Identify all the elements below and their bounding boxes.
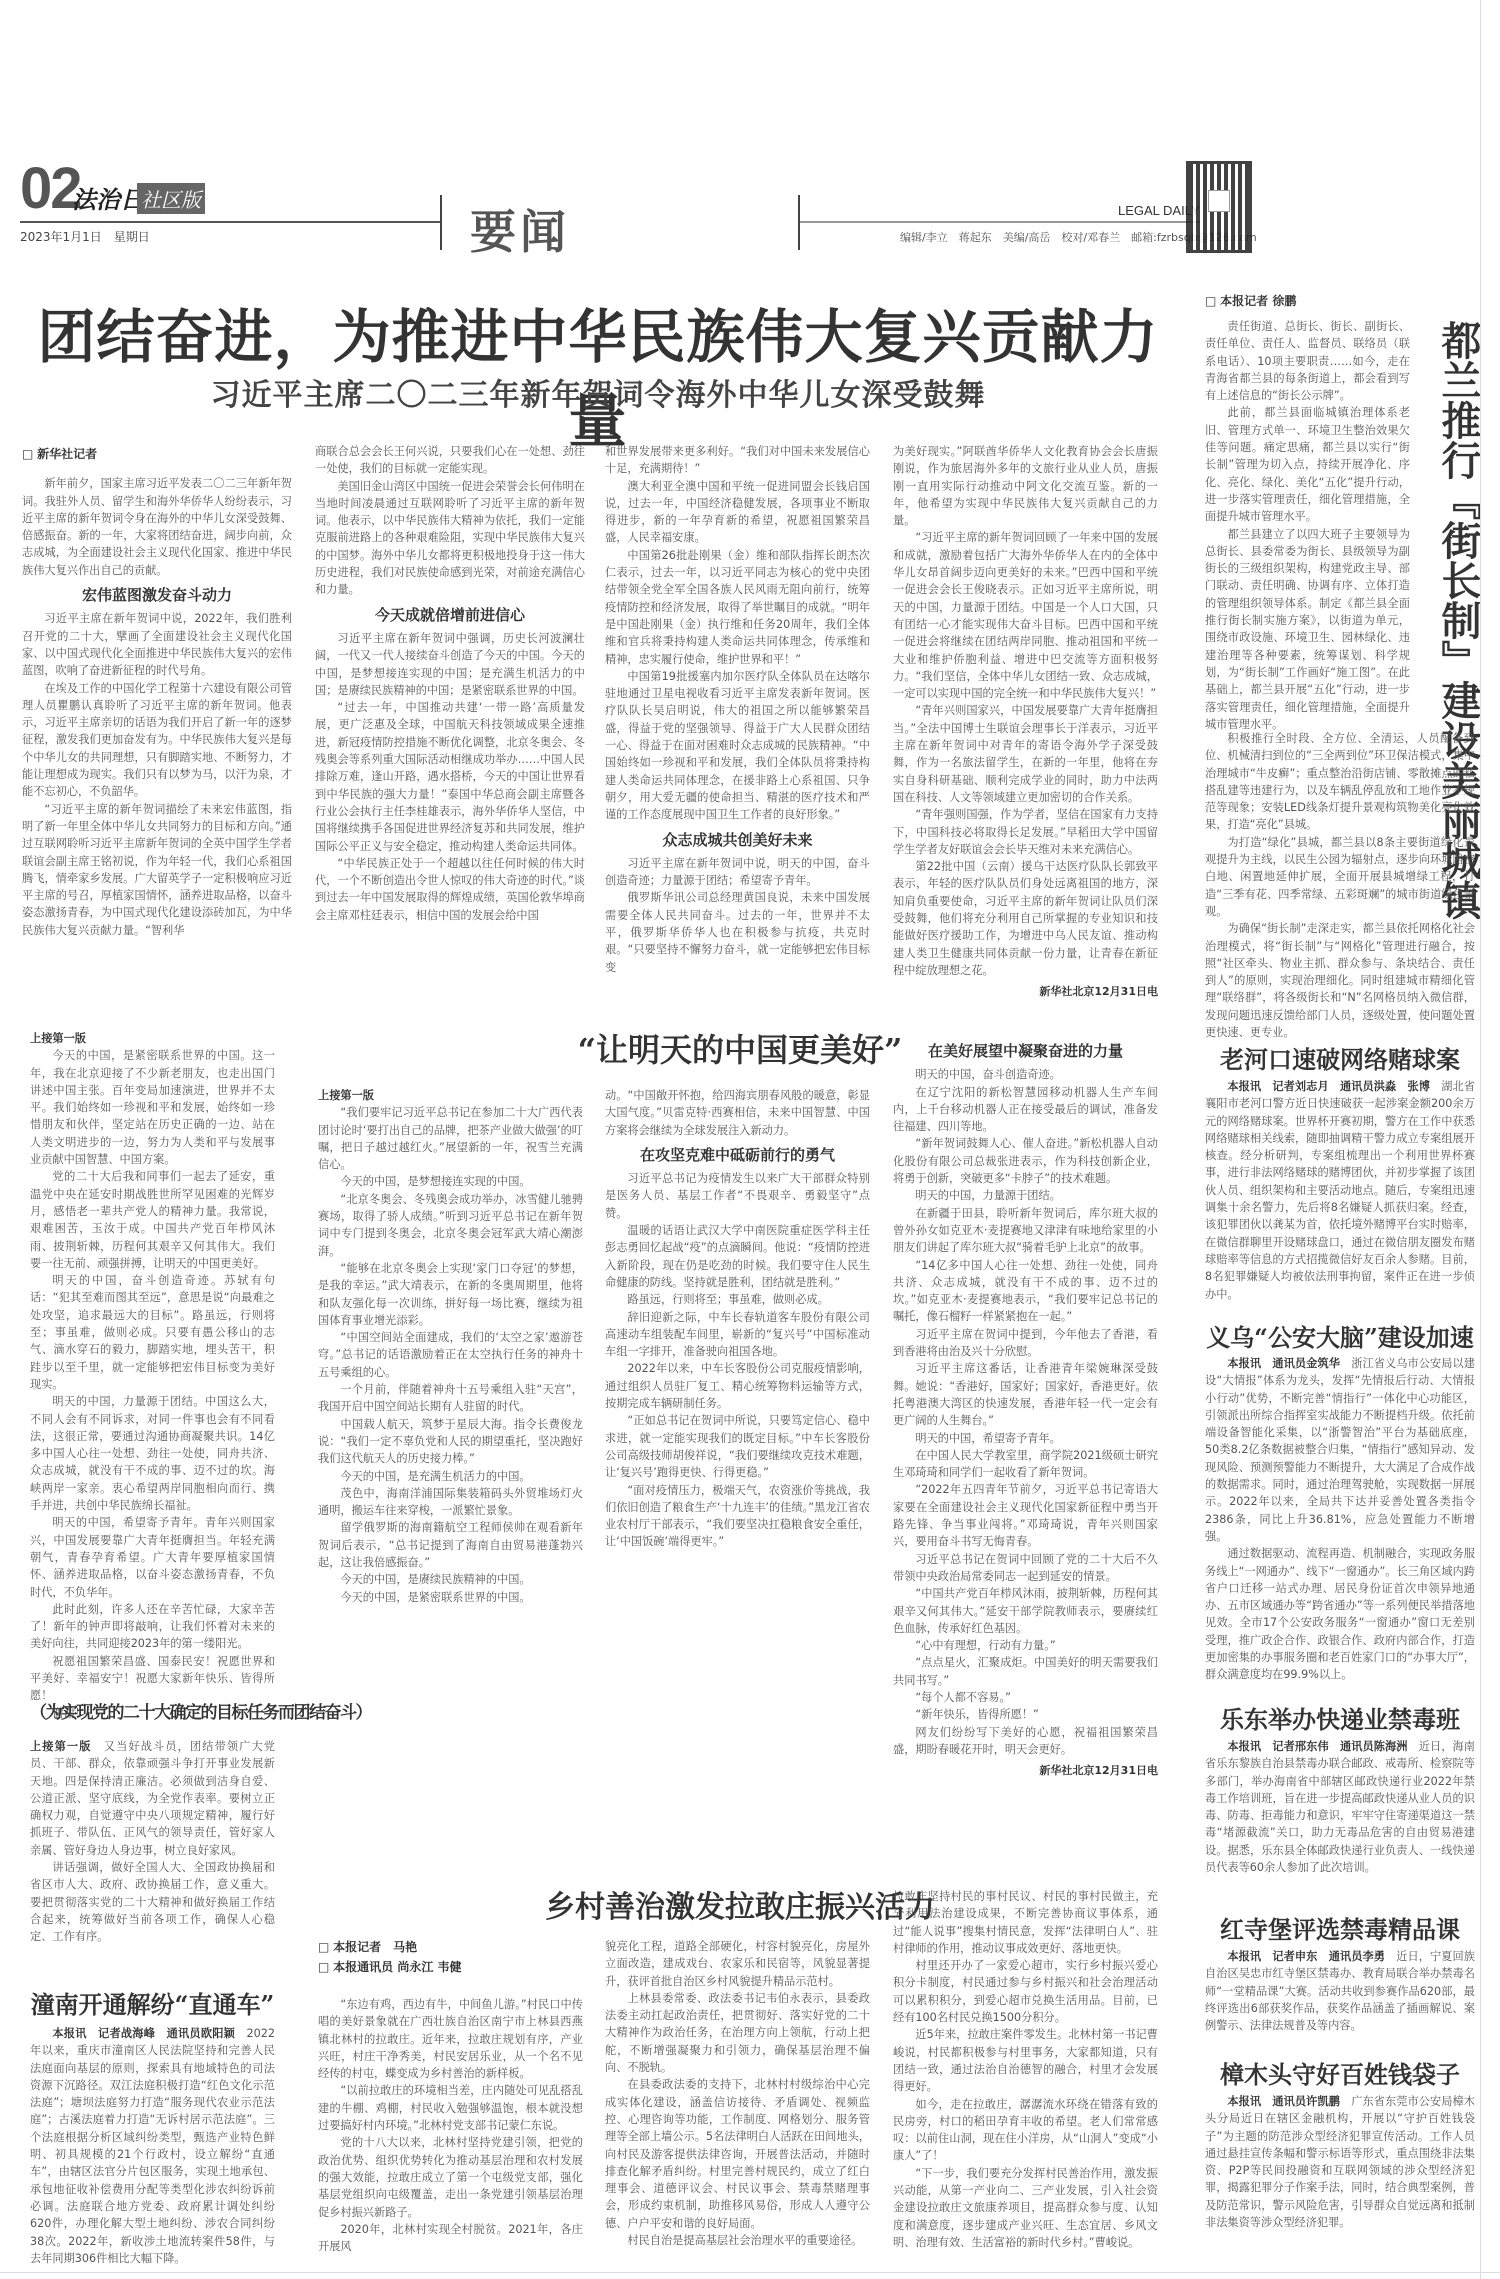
continued-speech: 上接第一版 今天的中国，是紧密联系世界的中国。这一年，我在北京迎接了不少新老朋友… [30, 1030, 275, 1722]
paragraph: 党的二十大后我和同事们一起去了延安，重温党中央在延安时期战胜世所罕见困难的光辉岁… [30, 1168, 275, 1272]
paragraph: “2022年五四青年节前夕，习近平总书记寄语大家要在全面建设社会主义现代化国家新… [893, 1481, 1158, 1550]
paragraph: “习近平主席的新年贺词描绘了未来宏伟蓝图，指明了新一年里全体中华儿女共同努力的目… [22, 801, 292, 939]
paragraph: “习近平主席的新年贺词回顾了一年来中国的发展和成就，激励着包括广大海外华侨华人在… [893, 529, 1158, 702]
brief-headline: 义乌“公安大脑”建设加速 [1205, 1318, 1475, 1353]
paragraph: “以前拉敢庄的环境相当差，庄内随处可见乱搭乱建的牛棚、鸡棚，村民收入勉强够温饱，… [318, 2082, 583, 2134]
brief-laohekou: 本报讯 记者刘志月 通讯员洪淼 张博 湖北省襄阳市老河口警方近日快速破获一起涉案… [1205, 1078, 1475, 1303]
dulan-story: 责任街道、总街长、街长、副街长、责任单位、责任人、监督员、联络员（联系电话）、1… [1205, 318, 1410, 733]
paragraph: 上林县委常委、政法委书记韦伯永表示，县委政法委主动扛起政治责任，把贯彻好、落实好… [605, 1990, 870, 2076]
tongnan-headline: 潼南开通解纷“直通车” [30, 1985, 275, 2020]
paragraph: “点点星火，汇聚成炬。中国美好的明天需要我们共同书写。” [893, 1654, 1158, 1689]
paragraph: “北京冬奥会、冬残奥会成功举办，冰雪健儿驰骋赛场，取得了骄人成绩。”听到习近平总… [318, 1191, 583, 1260]
subheading: 宏伟蓝图激发奋斗动力 [22, 587, 292, 604]
paragraph: 2022年以来，中车长客股份公司克服疫情影响，通过组织人员驻厂复工、精心统筹物料… [605, 1360, 870, 1412]
unite-story: 上接第一版 又当好战斗员，团结带领广大党员、干部、群众，依靠顽强斗争打开事业发展… [30, 1738, 275, 1946]
paragraph: 本报讯 记者申东 通讯员李勇 近日，宁夏回族自治区吴忠市红寺堡区禁毒办、教育局联… [1205, 1948, 1475, 2034]
paragraph: “青年强则国强，作为学者，坚信在国家有力支持下，中国科技必将取得长足发展。”早稻… [893, 806, 1158, 858]
paragraph: 村民自治是提高基层社会治理水平的重要途径。 [605, 2232, 870, 2249]
continued-label: 上接第一版 [30, 1030, 275, 1047]
paragraph: 俄罗斯华讯公司总经理黄国良说，未来中国发展需要全体人民共同奋斗。过去的一年，世界… [605, 889, 870, 975]
paragraph: 本报讯 记者刘志月 通讯员洪淼 张博 湖北省襄阳市老河口警方近日快速破获一起涉案… [1205, 1078, 1475, 1303]
paragraph: 2020年，北林村实现全村脱贫。2021年，各庄开展风 [318, 2221, 583, 2256]
byline: 本报记者 马艳 [318, 1938, 583, 1955]
paragraph: 习近平主席这番话，让香港青年梁婉琳深受鼓舞。她说：“香港好，国家好；国家好，香港… [893, 1360, 1158, 1429]
rural-bylines: 本报记者 马艳 本报通讯员 尚永江 韦健 [318, 1938, 583, 1975]
dateline: 新华社北京12月31日电 [893, 1762, 1158, 1779]
paragraph: 习近平总书记在贺词中回顾了党的二十大后不久带领中央政治局常委同志一起到延安的情景… [893, 1551, 1158, 1586]
paragraph: 明天的中国，希望寄予青年。 [893, 1430, 1158, 1447]
subheading: 今天成就倍增前进信心 [315, 607, 585, 624]
lead-credit: 本报讯 通讯员许凯鹏 [1227, 2095, 1340, 2108]
dateline: 新华社北京12月31日电 [893, 983, 1158, 1000]
paragraph: 中国第19批援塞内加尔医疗队全体队员在达喀尔驻地通过卫星电视收看习近平主席发表新… [605, 668, 870, 824]
tongnan-story: 本报讯 记者战海峰 通讯员欧阳颖 2022年以来，重庆市潼南区人民法院坚持和完善… [30, 2025, 275, 2267]
paragraph: 新年前夕，国家主席习近平发表二〇二三年新年贺词。我驻外人员、留学生和海外华侨华人… [22, 475, 292, 579]
paragraph: 祝愿祖国繁荣昌盛、国泰民安！祝愿世界和平美好、幸福安宁！祝愿大家新年快乐、皆得所… [30, 1653, 275, 1705]
paragraph: 今天的中国，是紧密联系世界的中国。这一年，我在北京迎接了不少新老朋友，也走出国门… [30, 1047, 275, 1168]
paragraph: 在辽宁沈阳的新松智慧园移动机器人生产车间内，上千台移动机器人正在接受最后的调试，… [893, 1084, 1158, 1136]
paragraph: 习近平主席在新年贺词中说，2022年，我们胜利召开党的二十大，擘画了全面建设社会… [22, 610, 292, 679]
paragraph: 今天的中国，是充满生机活力的中国。 [318, 1468, 583, 1485]
paragraph: 责任街道、总街长、街长、副街长、责任单位、责任人、监督员、联络员（联系电话）、1… [1205, 318, 1410, 404]
paragraph: 辞旧迎新之际，中车长春轨道客车股份有限公司高速动车组装配车间里，崭新的“复兴号”… [605, 1309, 870, 1361]
subheading: 在攻坚克难中砥砺前行的勇气 [605, 1147, 870, 1164]
paragraph: 拉敢庄坚持村民的事村民议、村民的事村民做主，充分利用法治建设成果，不断完善协商议… [893, 1888, 1158, 1957]
paragraph: 美国旧金山湾区中国统一促进会荣誉会长何伟明在当地时间凌晨通过互联网聆听了习近平主… [315, 478, 585, 599]
lead-credit: 本报讯 记者邢东伟 通讯员陈海洲 [1227, 1740, 1407, 1753]
lead-subheadline: 习近平主席二〇二三年新年贺词令海外中华儿女深受鼓舞 [18, 370, 1178, 414]
paragraph-text: 又当好战斗员，团结带领广大党员、干部、群众，依靠顽强斗争打开事业发展新天地。四是… [30, 1740, 275, 1857]
paragraph: 为确保“街长制”走深走实，都兰县依托网格化社会治理模式，将“街长制”与“网格化”… [1205, 920, 1475, 1041]
paragraph: 在县委政法委的支持下，北林村村级综治中心完成实体化建设，涵盖信访接待、矛盾调处、… [605, 2076, 870, 2232]
paragraph: “14亿多中国人心往一处想、劲往一处使，同舟共济、众志成城，就没有干不成的事、迈… [893, 1257, 1158, 1326]
paragraph-text: 近日，海南省乐东黎族自治县禁毒办联合邮政、戒毒所、检察院等多部门，举办海南省中部… [1205, 1740, 1475, 1874]
paragraph: 和世界发展带来更多利好。“我们对中国未来发展信心十足，充满期待！” [605, 443, 870, 478]
brief-headline: 樟木头守好百姓钱袋子 [1205, 2055, 1475, 2090]
paragraph: “过去一年，中国推动共建‘一带一路’高质量发展，更广泛惠及全球，中国航天科技领域… [315, 699, 585, 855]
paragraph: 习近平主席在新年贺词中说，明天的中国，奋斗创造奇迹；力量源于团结；希望寄予青年。 [605, 855, 870, 890]
paragraph: 通过数据驱动、流程再造、机制融合，实现政务服务线上“一网通办”、线下“一窗通办”… [1205, 1545, 1475, 1683]
lead-byline: 新华社记者 [22, 446, 292, 463]
paragraph: 都兰县建立了以四大班子主要领导为总街长、县委常委为街长、县级领导为副街长的三级组… [1205, 526, 1410, 734]
brief-headline: 乐东举办快递业禁毒班 [1205, 1700, 1475, 1735]
paragraph: 中国第26批赴刚果（金）维和部队指挥长朗杰次仁表示，过去一年，以习近平同志为核心… [605, 547, 870, 668]
paragraph: “面对疫情压力，极端天气，农资涨价等挑战，我们依旧创造了粮食生产‘十九连丰’的佳… [605, 1482, 870, 1551]
paragraph: “东边有鸡，西边有牛，中间鱼儿游。”村民口中传唱的美好景象就在广西壮族自治区南宁… [318, 1996, 583, 2082]
paragraph: 在中国人民大学教室里，商学院2021级硕士研究生邓琦琦和同学们一起收看了新年贺词… [893, 1447, 1158, 1482]
paragraph: 网友们纷纷写下美好的心愿，祝福祖国繁荣昌盛，期盼春暖花开时，明天会更好。 [893, 1724, 1158, 1759]
continued-label: 上接第一版 [318, 1087, 583, 1104]
paragraph-text: 广东省东莞市公安局樟木头分局近日在辖区金融机构，开展以“守护百姓钱袋子”为主题的… [1205, 2095, 1475, 2229]
paragraph: 上接第一版 又当好战斗员，团结带领广大党员、干部、群众，依靠顽强斗争打开事业发展… [30, 1738, 275, 1859]
paragraph: 茂色中，海南洋浦国际集装箱码头外贸堆场灯火通明，搬运车往来穿梭，一派繁忙景象。 [318, 1485, 583, 1520]
rural-col-3: 拉敢庄坚持村民的事村民议、村民的事村民做主，充分利用法治建设成果，不断完善协商议… [893, 1888, 1158, 2251]
tomorrow-col-1: 上接第一版 “我们要牢记习近平总书记在参加二十大广西代表团讨论时‘要打出自己的品… [318, 1087, 583, 1606]
masthead-rule [20, 221, 440, 223]
page-edge [1480, 0, 1481, 2279]
paragraph: “正如总书记在贺词中所说，只要笃定信心、稳中求进，就一定能实现我们的既定目标。”… [605, 1412, 870, 1481]
divider [440, 195, 442, 250]
paragraph: “我们要牢记习近平总书记在参加二十大广西代表团讨论时‘要打出自己的品牌，把茶产业… [318, 1104, 583, 1173]
paragraph: “新年快乐，皆得所愿！” [893, 1706, 1158, 1723]
paragraph: 讲话强调，做好全国人大、全国政协换届和省区市人大、政府、政协换届工作，意义重大。… [30, 1859, 275, 1945]
paragraph: 今天的中国，是赓续民族精神的中国。 [318, 1571, 583, 1588]
lead-credit: 本报讯 记者刘志月 通讯员洪淼 张博 [1227, 1080, 1430, 1093]
rural-col-1: “东边有鸡，西边有牛，中间鱼儿游。”村民口中传唱的美好景象就在广西壮族自治区南宁… [318, 1996, 583, 2255]
paragraph: 党的十八大以来，北林村坚持党建引领，把党的政治优势、组织优势转化为推动基层治理和… [318, 2134, 583, 2220]
paragraph: 此时此刻，许多人还在辛苦忙碌，大家辛苦了！新年的钟声即将敲响，让我们怀着对未来的… [30, 1601, 275, 1653]
masthead-rule [800, 221, 1200, 223]
paragraph: 习近平总书记为疫情发生以来广大干部群众特别是医务人员、基层工作者“不畏艰辛、勇毅… [605, 1170, 870, 1222]
issue-date: 2023年1月1日 星期日 [20, 228, 150, 245]
paragraph: 明天的中国，希望寄予青年。青年兴则国家兴，中国发展要靠广大青年挺膺担当。年轻充满… [30, 1514, 275, 1600]
lead-credit: 本报讯 记者战海峰 通讯员欧阳颖 [52, 2027, 235, 2040]
paragraph: “能够在北京冬奥会上实现‘家门口夺冠’的梦想，是我的幸运。”武大靖表示，在新的冬… [318, 1260, 583, 1329]
brief-yiwu: 本报讯 通讯员金筑华 浙江省义乌市公安局以建设“大情报”体系为龙头，发挥“先情报… [1205, 1355, 1475, 1684]
paragraph: 本报讯 记者战海峰 通讯员欧阳颖 2022年以来，重庆市潼南区人民法院坚持和完善… [30, 2025, 275, 2267]
page-edge [0, 2272, 1500, 2273]
paragraph: 动。“中国敞开怀抱，给四海宾朋春风般的暖意，彰显大国气度。”贝雷克特·西赛相信，… [605, 1087, 870, 1139]
paragraph: 此前，都兰县面临城镇治理体系老旧、管理方式单一、环境卫生整治效果欠佳等问题。痛定… [1205, 404, 1410, 525]
continued-label: 上接第一版 [30, 1740, 92, 1753]
dulan-story-cont: 积极推行全时段、全方位、全清运，人员配备到位、机械清扫到位的“三全两到位”环卫保… [1205, 730, 1475, 1041]
section-title: 要闻 [470, 196, 570, 262]
paragraph: 温暖的话语让武汉大学中南医院重症医学科主任彭志勇回忆起战“疫”的点滴瞬间。他说：… [605, 1222, 870, 1291]
tomorrow-col-2: 动。“中国敞开怀抱，给四海宾朋春风般的暖意，彰显大国气度。”贝雷克特·西赛相信，… [605, 1087, 870, 1551]
paragraph: 本报讯 记者邢东伟 通讯员陈海洲 近日，海南省乐东黎族自治县禁毒办联合邮政、戒毒… [1205, 1738, 1475, 1876]
brief-zhangmutou: 本报讯 通讯员许凯鹏 广东省东莞市公安局樟木头分局近日在辖区金融机构，开展以“守… [1205, 2093, 1475, 2231]
paragraph: 在新疆于田县，聆听新年贺词后，库尔班大叔的曾外孙女如克亚木·麦提赛地又津津有味地… [893, 1205, 1158, 1257]
paragraph: 积极推行全时段、全方位、全清运，人员配备到位、机械清扫到位的“三全两到位”环卫保… [1205, 730, 1475, 834]
paragraph-text: 浙江省义乌市公安局以建设“大情报”体系为龙头，发挥“先情报后行动、大情报小行动”… [1205, 1357, 1475, 1543]
lead-col-4: 为美好现实。”阿联酋华侨华人文化教育协会会长唐振刚说，作为旅居海外多年的文旅行业… [893, 443, 1158, 1001]
lead-col-2: 商联合总会会长王何兴说，只要我们心在一处想、劲往一处使，我们的目标就一定能实现。… [315, 443, 585, 924]
paragraph: 明天的中国，奋斗创造奇迹。苏轼有句话：“犯其至难而图其至远”，意思是说“向最难之… [30, 1272, 275, 1393]
paragraph: “中国共产党百年栉风沐雨，披荆斩棘，历程何其艰辛又何其伟大。”延安干部学院教师表… [893, 1585, 1158, 1637]
tomorrow-col-3: 在美好展望中凝聚奋进的力量 明天的中国，奋斗创造奇迹。 在辽宁沈阳的新松智慧园移… [893, 1035, 1158, 1779]
paragraph: 如今，走在拉敢庄，潺潺流水环绕在错落有致的民房旁，村口的稻田孕育丰收的希望。老人… [893, 2096, 1158, 2165]
qr-logo [1208, 190, 1230, 212]
paragraph: 第22批中国（云南）援乌干达医疗队队长郭致平表示，年轻的医疗队队员们身处远离祖国… [893, 858, 1158, 979]
brief-hongsibao: 本报讯 记者申东 通讯员李勇 近日，宁夏回族自治区吴忠市红寺堡区禁毒办、教育局联… [1205, 1948, 1475, 2034]
paragraph: 近5年来，拉敢庄案件零发生。北林村第一书记曹峻说，村民都积极参与村里事务，大家都… [893, 2026, 1158, 2095]
paragraph: 为美好现实。”阿联酋华侨华人文化教育协会会长唐振刚说，作为旅居海外多年的文旅行业… [893, 443, 1158, 529]
paragraph: “心中有理想，行动有力量。” [893, 1637, 1158, 1654]
paragraph-text: 2022年以来，重庆市潼南区人民法院坚持和完善人民法庭面向基层的原则，探索具有地… [30, 2027, 275, 2265]
paragraph: “每个人都不容易。” [893, 1689, 1158, 1706]
paragraph: 留学俄罗斯的海南籍航空工程师侯帅在观看新年贺词后表示，“总书记提到了海南自由贸易… [318, 1519, 583, 1571]
paragraph: 明天的中国，奋斗创造奇迹。 [893, 1066, 1158, 1083]
lead-credit: 本报讯 通讯员金筑华 [1227, 1357, 1340, 1370]
paragraph: 为打造“绿化”县城，都兰县以8条主要街道绿化景观提升为主线，以民生公园为辐射点，… [1205, 834, 1475, 920]
paragraph: 明天的中国，力量源于团结。中国这么大，不同人会有不同诉求，对同一件事也会有不同看… [30, 1393, 275, 1514]
subheading: 众志成城共创美好未来 [605, 832, 870, 849]
lead-credit: 本报讯 记者申东 通讯员李勇 [1227, 1950, 1385, 1963]
paragraph: “中华民族正处于一个超越以往任何时候的伟大时代，一个不断创造出令世人惊叹的伟大奇… [315, 855, 585, 924]
paragraph: “新年贺词鼓舞人心、催人奋进。”新松机器人自动化股份有限公司总裁张进表示，作为科… [893, 1135, 1158, 1187]
paragraph: 村里还开办了一家爱心超市，实行乡村振兴爱心积分卡制度，村民通过参与乡村振兴和社会… [893, 1957, 1158, 2026]
brief-headline: 老河口速破网络赌球案 [1205, 1040, 1475, 1075]
paragraph: 中国载人航天，筑梦于星辰大海。指令长费俊龙说：“我们一定不辜负党和人民的期望重托… [318, 1416, 583, 1468]
paragraph: 本报讯 通讯员许凯鹏 广东省东莞市公安局樟木头分局近日在辖区金融机构，开展以“守… [1205, 2093, 1475, 2231]
dulan-byline: 本报记者 徐鹏 [1205, 292, 1296, 309]
paragraph: 本报讯 通讯员金筑华 浙江省义乌市公安局以建设“大情报”体系为龙头，发挥“先情报… [1205, 1355, 1475, 1545]
edition-badge: 社区版 [137, 183, 205, 214]
byline: 本报通讯员 尚永江 韦健 [318, 1958, 583, 1975]
subheading: 在美好展望中凝聚奋进的力量 [893, 1043, 1158, 1060]
paragraph: 习近平主席在新年贺词中强调，历史长河波澜壮阔，一代又一代人接续奋斗创造了今天的中… [315, 630, 585, 699]
paragraph: 今天的中国，是梦想接连实现的中国。 [318, 1173, 583, 1190]
paragraph: 习近平主席在贺词中提到，今年他去了香港，看到香港将由治及兴十分欣慰。 [893, 1326, 1158, 1361]
brief-ledong: 本报讯 记者邢东伟 通讯员陈海洲 近日，海南省乐东黎族自治县禁毒办联合邮政、戒毒… [1205, 1738, 1475, 1876]
paragraph: 澳大利亚全澳中国和平统一促进同盟会长钱启国说，过去一年，中国经济稳健发展，各项事… [605, 478, 870, 547]
paragraph: 商联合总会会长王何兴说，只要我们心在一处想、劲往一处使，我们的目标就一定能实现。 [315, 443, 585, 478]
paragraph: 路虽远，行则将至；事虽难，做则必成。 [605, 1291, 870, 1308]
rural-col-2: 貌亮化工程，道路全部硬化，村容村貌亮化，房屋外立面改造，建成戏台、农家乐和民宿等… [605, 1938, 870, 2249]
paragraph: 貌亮化工程，道路全部硬化，村容村貌亮化，房屋外立面改造，建成戏台、农家乐和民宿等… [605, 1938, 870, 1990]
paragraph-text: 湖北省襄阳市老河口警方近日快速破获一起涉案金额200余万元的网络赌球案。世界杯开… [1205, 1080, 1475, 1301]
paragraph: 明天的中国，力量源于团结。 [893, 1187, 1158, 1204]
paragraph: 今天的中国，是紧密联系世界的中国。 [318, 1589, 583, 1606]
paragraph: 在埃及工作的中国化学工程第十六建设有限公司管理人员瞿鹏认真聆听了习近平主席的新年… [22, 680, 292, 801]
paragraph: “中国空间站全面建成，我们的‘太空之家’遨游苍穹。”总书记的话语激励着正在太空执… [318, 1329, 583, 1381]
lead-col-1: 新华社记者 新年前夕，国家主席习近平发表二〇二三年新年贺词。我驻外人员、留学生和… [22, 446, 292, 939]
paragraph: “下一步，我们要充分发挥村民善治作用，激发振兴动能，从第一产业向二、三产业发展，… [893, 2165, 1158, 2251]
brief-headline: 红寺堡评选禁毒精品课 [1205, 1910, 1475, 1945]
lead-col-3: 和世界发展带来更多利好。“我们对中国未来发展信心十足，充满期待！” 澳大利亚全澳… [605, 443, 870, 976]
paragraph: “青年兴则国家兴，中国发展要靠广大青年挺膺担当。”全法中国博士生联谊会理事长于洋… [893, 702, 1158, 806]
paragraph: 一个月前，伴随着神舟十五号乘组入驻“天宫”，我国开启中国空间站长期有人驻留的时代… [318, 1381, 583, 1416]
unite-headline: （为实现党的二十大确定的目标任务而团结奋斗） [30, 1698, 275, 1723]
